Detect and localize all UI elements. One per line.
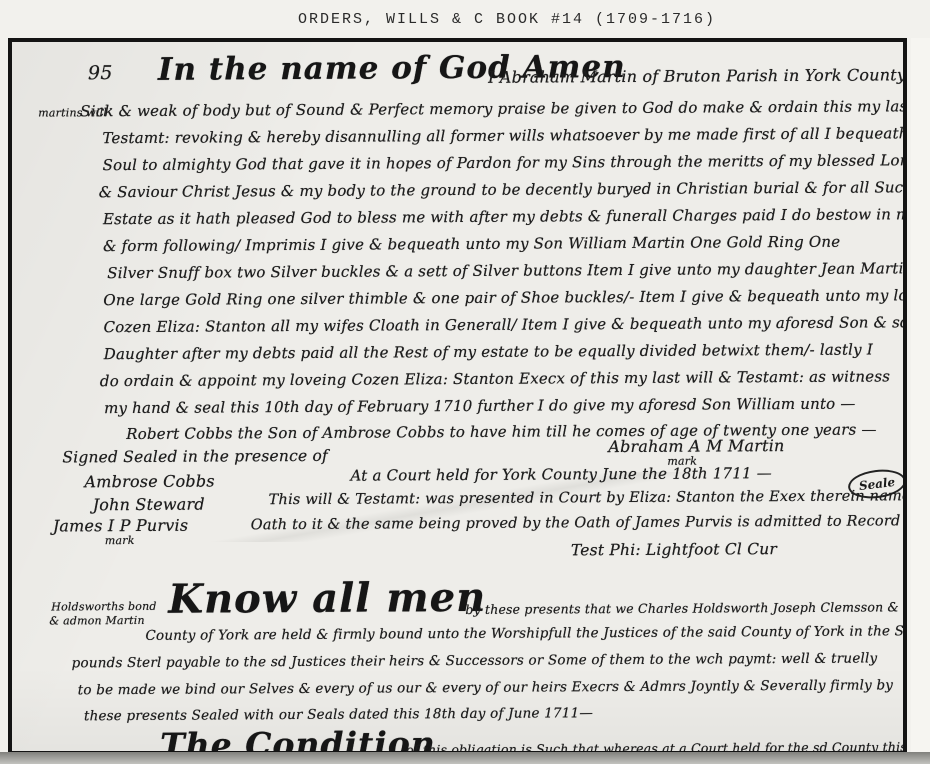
witness-name: Ambrose Cobbs [84, 471, 214, 491]
book-header: ORDERS, WILLS & C BOOK #14 (1709-1716) [0, 0, 930, 38]
bond-line: to be made we bind our Selves & every of… [78, 677, 893, 698]
bond-line: pounds Sterl payable to the sd Justices … [72, 650, 878, 671]
witness-mark-label: mark [105, 534, 135, 547]
bond-heading-continuation: by these presents that we Charles Holdsw… [465, 599, 907, 617]
bond-line: these presents Sealed with our Seals dat… [84, 705, 593, 724]
probate-attestation: Test Phi: Lightfoot Cl Cur [571, 540, 777, 559]
condition-heading: The Condition [160, 724, 436, 754]
scan-right-edge [911, 38, 930, 764]
bond-line: County of York are held & firmly bound u… [145, 623, 907, 644]
margin-note-bond: & admon Martin [49, 614, 145, 628]
book-title: ORDERS, WILLS & C BOOK #14 (1709-1716) [298, 11, 716, 28]
bond-heading: Know all men [168, 574, 486, 623]
probate-line: At a Court held for York County June the… [350, 464, 772, 485]
page-content-lower: Ambrose Cobbs John Steward James I P Pur… [10, 39, 905, 753]
probate-line: This will & Testamt: was presented in Co… [269, 488, 907, 508]
witness-name: John Steward [93, 495, 205, 515]
witness-name: James I P Purvis [53, 516, 189, 536]
margin-note-bond: Holdsworths bond [51, 600, 156, 614]
scan-bottom-edge [0, 752, 930, 764]
page-frame: 95 In the name of God Amen I Abraham Mar… [8, 38, 907, 754]
probate-line: Oath to it & the same being proved by th… [251, 513, 907, 533]
scanned-document-page: ORDERS, WILLS & C BOOK #14 (1709-1716) 9… [0, 0, 930, 764]
